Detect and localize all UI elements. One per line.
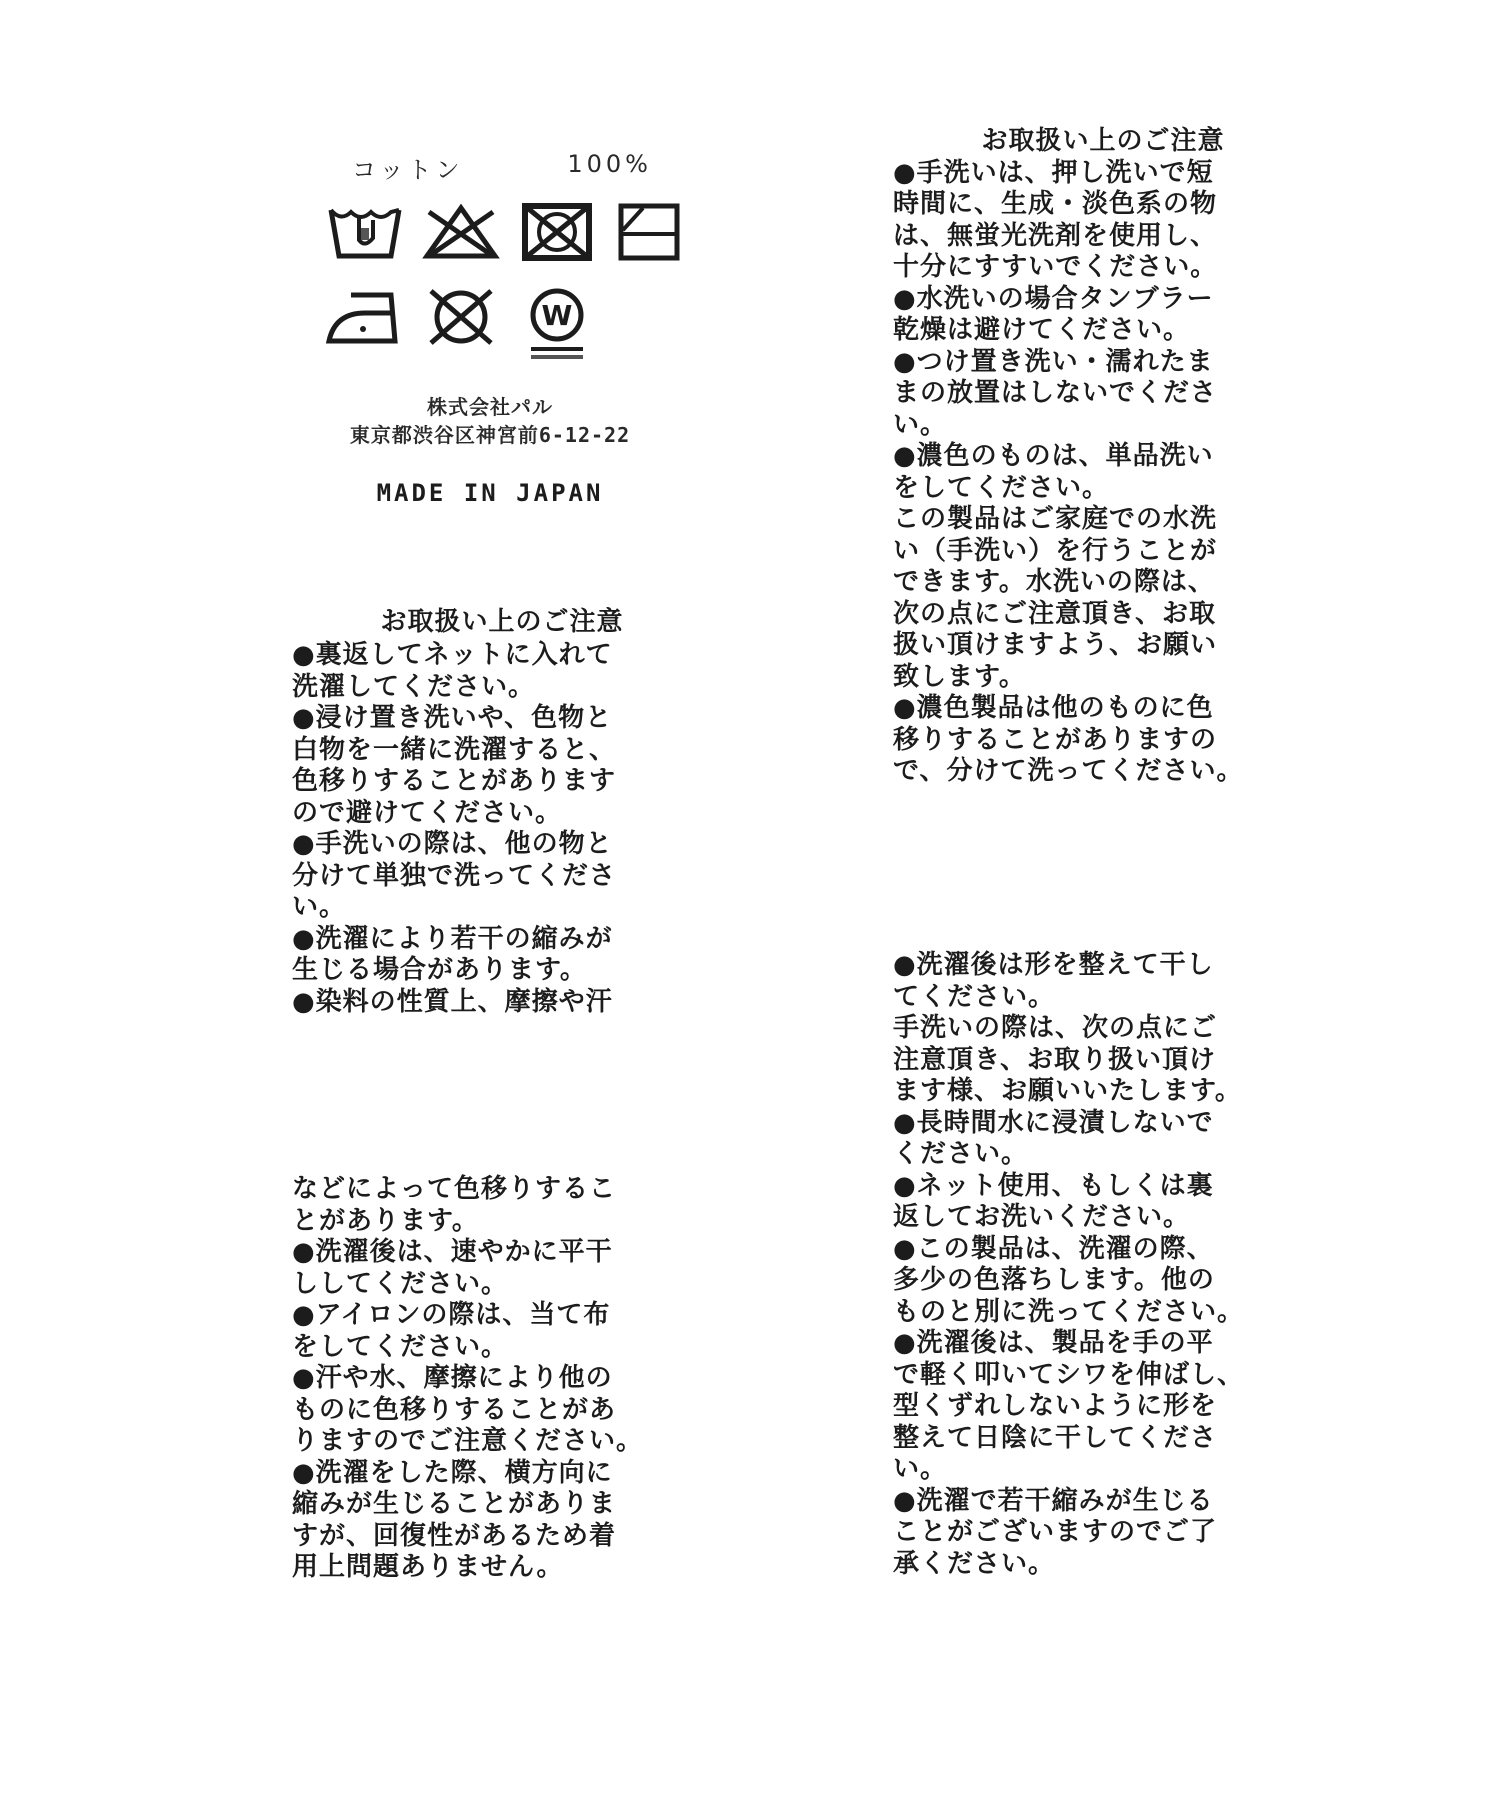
note-line: 次の点にご注意頂き、お取 <box>893 599 1313 631</box>
note-line: できます。水洗いの際は、 <box>893 567 1313 599</box>
note-line: ください。 <box>893 1139 1323 1171</box>
note-line: 型くずれしないように形を <box>893 1391 1323 1423</box>
note-line: 返してお洗いください。 <box>893 1202 1323 1234</box>
note-line: 移りすることがありますの <box>893 725 1313 757</box>
note-line: ものに色移りすることがあ <box>292 1395 712 1427</box>
note-line: ●この製品は、洗濯の際、 <box>893 1234 1323 1266</box>
note-line: すが、回復性があるため着 <box>292 1521 712 1553</box>
note-line: 十分にすすいでください。 <box>893 252 1313 284</box>
note-line: をしてください。 <box>292 1332 712 1364</box>
note-line: とがあります。 <box>292 1206 712 1238</box>
company-name: 株式会社パル <box>300 393 680 421</box>
company-info: 株式会社パル 東京都渋谷区神宮前6-12-22 <box>300 393 680 449</box>
note-line: 白物を一緒に洗濯すると、 <box>292 735 712 767</box>
left-care-notes-1: ●裏返してネットに入れて 洗濯してください。 ●浸け置き洗いや、色物と 白物を一… <box>292 640 712 1018</box>
note-line: ●アイロンの際は、当て布 <box>292 1300 712 1332</box>
note-line: 乾燥は避けてください。 <box>893 315 1313 347</box>
note-line: で、分けて洗ってください。 <box>893 756 1313 788</box>
material-name: コットン <box>352 150 464 185</box>
line-dry-shade-icon <box>613 200 693 264</box>
note-line: は、無蛍光洗剤を使用し、 <box>893 221 1313 253</box>
note-line: をしてください。 <box>893 473 1313 505</box>
no-dry-clean-icon <box>421 285 501 349</box>
note-line: ●手洗いは、押し洗いで短 <box>893 158 1313 190</box>
note-line: 用上問題ありません。 <box>292 1552 712 1584</box>
wet-clean-gentle-icon: W <box>517 285 597 365</box>
note-line: ●濃色のものは、単品洗い <box>893 441 1313 473</box>
note-line: ししてください。 <box>292 1269 712 1301</box>
note-line: で軽く叩いてシワを伸ばし、 <box>893 1360 1323 1392</box>
note-line: 致します。 <box>893 662 1313 694</box>
note-line: ●洗濯後は形を整えて干し <box>893 950 1323 982</box>
note-line: 時間に、生成・淡色系の物 <box>893 189 1313 221</box>
note-line: い。 <box>292 892 712 924</box>
company-address: 東京都渋谷区神宮前6-12-22 <box>300 421 680 449</box>
note-line: 多少の色落ちします。他の <box>893 1265 1323 1297</box>
note-line: ものと別に洗ってください。 <box>893 1297 1323 1329</box>
note-line: ●汗や水、摩擦により他の <box>292 1363 712 1395</box>
note-line: ●濃色製品は他のものに色 <box>893 693 1313 725</box>
right-care-notes-1: お取扱い上のご注意 ●手洗いは、押し洗いで短 時間に、生成・淡色系の物 は、無蛍… <box>893 126 1313 788</box>
country-of-origin: MADE IN JAPAN <box>300 478 680 510</box>
note-line: ●ネット使用、もしくは裏 <box>893 1171 1323 1203</box>
left-care-title-wrap: お取扱い上のご注意 <box>292 607 712 639</box>
note-line: ●長時間水に浸漬しないで <box>893 1108 1323 1140</box>
note-line: まの放置はしないでくださ <box>893 378 1313 410</box>
no-tumble-dry-icon <box>517 200 597 264</box>
note-line: い。 <box>893 1454 1323 1486</box>
note-line: ●手洗いの際は、他の物と <box>292 829 712 861</box>
note-line: 分けて単独で洗ってくださ <box>292 861 712 893</box>
note-line: 色移りすることがあります <box>292 766 712 798</box>
material-percent: 100% <box>567 150 652 185</box>
note-line: 縮みが生じることがありま <box>292 1489 712 1521</box>
no-bleach-icon <box>421 200 501 264</box>
note-line: ます様、お願いいたします。 <box>893 1076 1323 1108</box>
note-line: などによって色移りするこ <box>292 1174 712 1206</box>
note-line: 承ください。 <box>893 1549 1323 1581</box>
note-line: ●染料の性質上、摩擦や汗 <box>292 987 712 1019</box>
right-care-title: お取扱い上のご注意 <box>893 126 1313 158</box>
note-line: ●洗濯をした際、横方向に <box>292 1458 712 1490</box>
note-line: 扱い頂けますよう、お願い <box>893 630 1313 662</box>
note-line: ●洗濯後は、速やかに平干 <box>292 1237 712 1269</box>
note-line: てください。 <box>893 982 1323 1014</box>
right-care-notes-2: ●洗濯後は形を整えて干し てください。 手洗いの際は、次の点にご 注意頂き、お取… <box>893 950 1323 1580</box>
note-line: ●水洗いの場合タンブラー <box>893 284 1313 316</box>
note-line: 手洗いの際は、次の点にご <box>893 1013 1323 1045</box>
note-line: ●つけ置き洗い・濡れたま <box>893 347 1313 379</box>
note-line: 洗濯してください。 <box>292 672 712 704</box>
left-care-notes-2: などによって色移りするこ とがあります。 ●洗濯後は、速やかに平干 ししてくださ… <box>292 1174 712 1584</box>
note-line: ●洗濯で若干縮みが生じる <box>893 1486 1323 1518</box>
left-care-title: お取扱い上のご注意 <box>292 607 712 639</box>
note-line: ●浸け置き洗いや、色物と <box>292 703 712 735</box>
hand-wash-icon <box>325 200 405 264</box>
note-line: ●洗濯後は、製品を手の平 <box>893 1328 1323 1360</box>
note-line: 注意頂き、お取り扱い頂け <box>893 1045 1323 1077</box>
note-line: この製品はご家庭での水洗 <box>893 504 1313 536</box>
note-line: ことがございますのでご了 <box>893 1517 1323 1549</box>
note-line: ●洗濯により若干の縮みが <box>292 924 712 956</box>
care-symbols-row-2: W <box>325 285 597 365</box>
note-line: 生じる場合があります。 <box>292 955 712 987</box>
care-symbols-row-1 <box>325 200 693 264</box>
iron-low-icon <box>325 285 405 349</box>
note-line: ので避けてください。 <box>292 798 712 830</box>
note-line: 整えて日陰に干してくださ <box>893 1423 1323 1455</box>
composition-line: コットン 100% <box>352 150 652 185</box>
note-line: い。 <box>893 410 1313 442</box>
note-line: い（手洗い）を行うことが <box>893 536 1313 568</box>
note-line: ●裏返してネットに入れて <box>292 640 712 672</box>
svg-text:W: W <box>542 299 573 332</box>
note-line: りますのでご注意ください。 <box>292 1426 712 1458</box>
